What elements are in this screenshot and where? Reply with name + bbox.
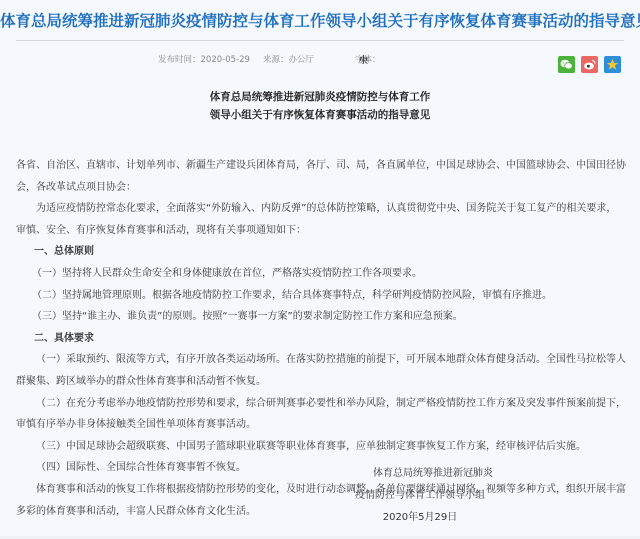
publish-time: 发布时间：2020-05-29 xyxy=(158,53,250,65)
document-title-line: 领导小组关于有序恢复体育赛事活动的指导意见 xyxy=(0,106,640,124)
wechat-share-button[interactable] xyxy=(558,56,575,73)
header-divider xyxy=(16,40,624,41)
document-title-line: 体育总局统筹推进新冠肺炎疫情防控与体育工作 xyxy=(0,88,640,106)
qzone-icon xyxy=(606,58,619,71)
qzone-share-button[interactable] xyxy=(604,56,621,73)
weibo-icon xyxy=(583,59,596,70)
list-item: （二）在充分考虑举办地疫情防控形势和要求，综合研判赛事必要性和举办风险，制定严格… xyxy=(16,393,626,436)
signature-issuer: 体育总局统筹推进新冠肺炎 xyxy=(300,463,540,485)
font-size-small-button[interactable]: 小 xyxy=(359,53,368,66)
recipients-paragraph: 各省、自治区、直辖市、计划单列市、新疆生产建设兵团体育局，各厅、司、局，各直属单… xyxy=(16,155,626,198)
signature-date: 2020年5月29日 xyxy=(300,507,540,529)
section-heading: 二、具体要求 xyxy=(16,328,626,350)
list-item: （二）坚持属地管理原则。根据各地疫情防控工作要求，结合具体赛事特点，科学研判疫情… xyxy=(16,285,626,307)
document-title: 体育总局统筹推进新冠肺炎疫情防控与体育工作 领导小组关于有序恢复体育赛事活动的指… xyxy=(0,88,640,124)
page-title: 体育总局统筹推进新冠肺炎疫情防控与体育工作领导小组关于有序恢复体育赛事活动的指导… xyxy=(0,9,640,31)
section-heading: 一、总体原则 xyxy=(16,241,626,263)
list-item: （一）坚持将人民群众生命安全和身体健康放在首位，严格落实疫情防控工作各项要求。 xyxy=(16,263,626,285)
share-buttons xyxy=(558,56,621,73)
signature-block: 体育总局统筹推进新冠肺炎 疫情防控与体育工作领导小组 2020年5月29日 xyxy=(300,463,540,529)
list-item: （三）中国足球协会超级联赛、中国男子篮球职业联赛等职业体育赛事，应单独制定赛事恢… xyxy=(16,436,626,458)
source: 来源：办公厅 xyxy=(263,53,314,65)
signature-issuer: 疫情防控与体育工作领导小组 xyxy=(300,485,540,507)
wechat-icon xyxy=(560,59,573,70)
list-item: （三）坚持“谁主办、谁负责”的原则。按照“一赛事一方案”的要求制定防控工作方案和… xyxy=(16,306,626,328)
weibo-share-button[interactable] xyxy=(581,56,598,73)
list-item: （一）采取预约、限流等方式，有序开放各类运动场所。在落实防控措施的前提下，可开展… xyxy=(16,349,626,392)
intro-paragraph: 为适应疫情防控常态化要求，全面落实“外防输入、内防反弹”的总体防控策略，认真贯彻… xyxy=(16,198,626,241)
